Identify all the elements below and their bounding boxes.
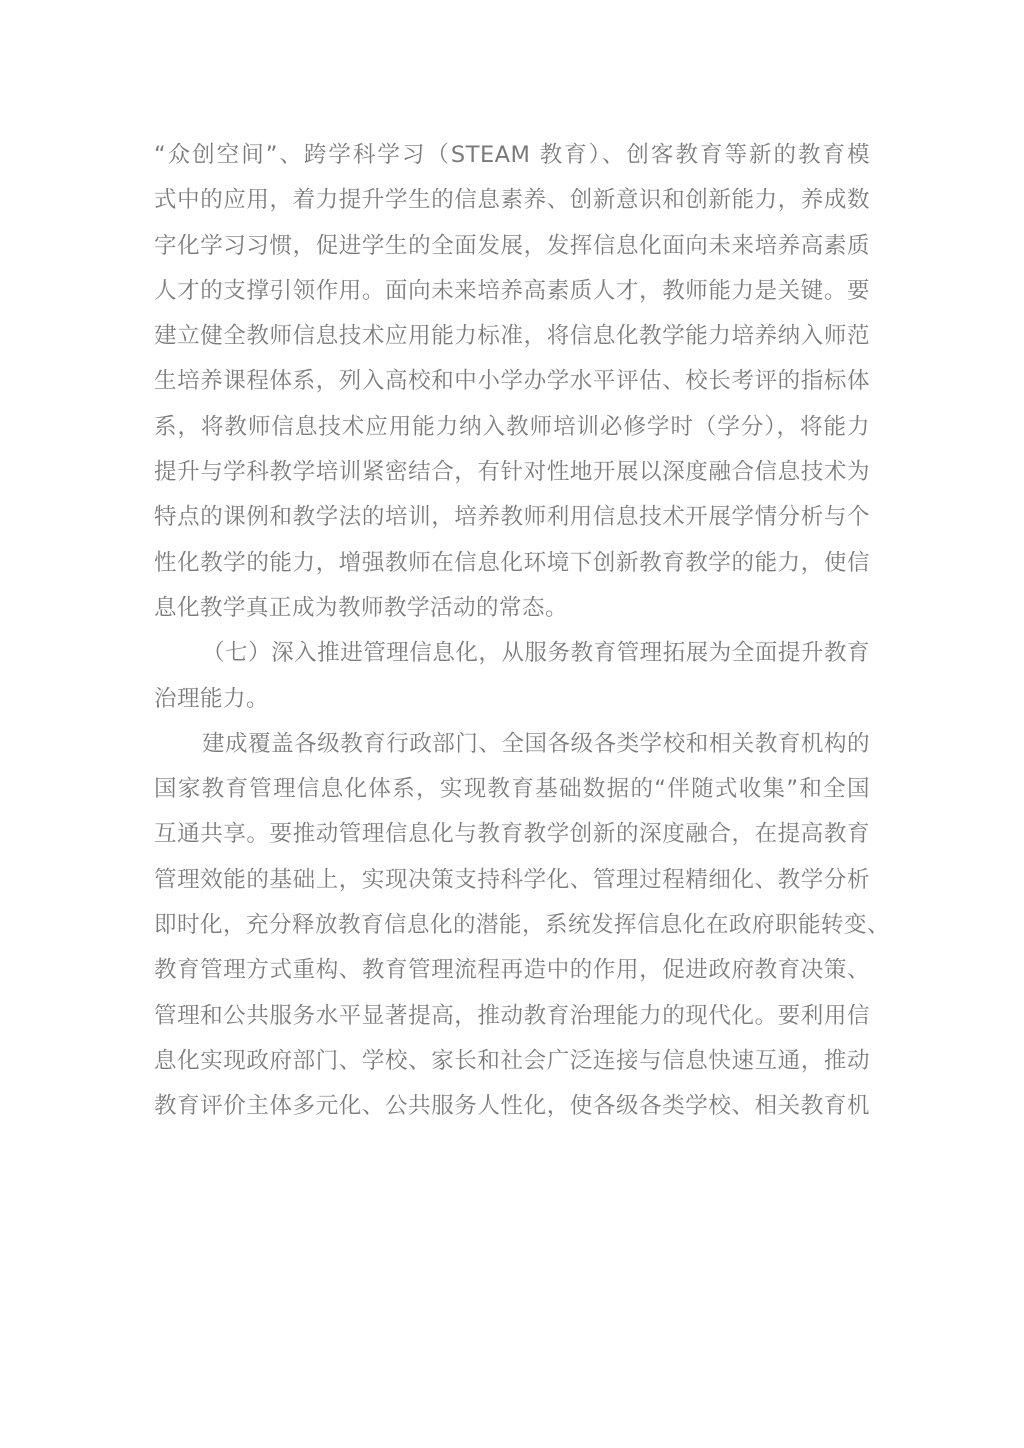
text-line: 管理和公共服务水平显著提高，推动教育治理能力的现代化。要利用信 [154,994,870,1039]
text-line: 人才的支撑引领作用。面向未来培养高素质人才，教师能力是关键。要 [154,269,870,314]
text-line: 管理效能的基础上，实现决策支持科学化、管理过程精细化、教学分析 [154,858,870,903]
text-line: 提升与学科教学培训紧密结合，有针对性地开展以深度融合信息技术为 [154,450,870,495]
text-line: 教育评价主体多元化、公共服务人性化，使各级各类学校、相关教育机 [154,1084,870,1129]
text-line: 生培养课程体系，列入高校和中小学办学水平评估、校长考评的指标体 [154,359,870,404]
section-heading-7: （七）深入推进管理信息化，从服务教育管理拓展为全面提升教育 治理能力。 [154,631,870,722]
paragraph-body-1: “众创空间”、跨学科学习（STEAM 教育）、创客教育等新的教育模 式中的应用，… [154,133,870,631]
text-line: 系，将教师信息技术应用能力纳入教师培训必修学时（学分），将能力 [154,405,870,450]
text-line: 互通共享。要推动管理信息化与教育教学创新的深度融合，在提高教育 [154,812,870,857]
text-line: 性化教学的能力，增强教师在信息化环境下创新教育教学的能力，使信 [154,541,870,586]
heading-line: 治理能力。 [154,677,870,722]
text-line: 特点的课例和教学法的培训，培养教师利用信息技术开展学情分析与个 [154,495,870,540]
text-line: “众创空间”、跨学科学习（STEAM 教育）、创客教育等新的教育模 [154,133,870,178]
document-page: “众创空间”、跨学科学习（STEAM 教育）、创客教育等新的教育模 式中的应用，… [154,133,870,1130]
text-line: 建成覆盖各级教育行政部门、全国各级各类学校和相关教育机构的 [154,722,870,767]
text-line: 息化实现政府部门、学校、家长和社会广泛连接与信息快速互通，推动 [154,1039,870,1084]
text-line: 式中的应用，着力提升学生的信息素养、创新意识和创新能力，养成数 [154,178,870,223]
text-line: 教育管理方式重构、教育管理流程再造中的作用，促进政府教育决策、 [154,948,870,993]
text-line: 建立健全教师信息技术应用能力标准，将信息化教学能力培养纳入师范 [154,314,870,359]
text-line: 字化学习习惯，促进学生的全面发展，发挥信息化面向未来培养高素质 [154,224,870,269]
text-line: 国家教育管理信息化体系，实现教育基础数据的“伴随式收集”和全国 [154,767,870,812]
paragraph-body-2: 建成覆盖各级教育行政部门、全国各级各类学校和相关教育机构的 国家教育管理信息化体… [154,722,870,1130]
heading-line: （七）深入推进管理信息化，从服务教育管理拓展为全面提升教育 [154,631,870,676]
text-line: 息化教学真正成为教师教学活动的常态。 [154,586,870,631]
text-line: 即时化，充分释放教育信息化的潜能，系统发挥信息化在政府职能转变、 [154,903,870,948]
